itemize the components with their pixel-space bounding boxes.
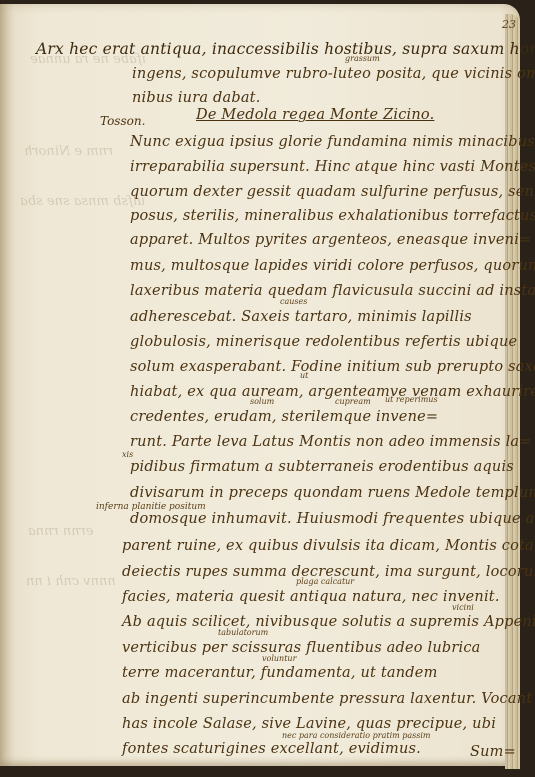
manuscript-line-17: pidibus firmatum a subterraneis erodenti… [130, 459, 514, 475]
manuscript-line-1: Arx hec erat antiqua, inaccessibilis hos… [36, 40, 535, 58]
manuscript-line-23: Ab aquis scilicet, nivibusque solutis a … [122, 614, 535, 630]
section-heading: De Medola regea Monte Zicino. [196, 107, 434, 123]
manuscript-line-13: solum exasperabant. Fodine initium sub p… [130, 359, 535, 375]
manuscript-line-22: facies, materia quesit antiqua natura, n… [122, 589, 500, 605]
line-text: has incole Salase, sive Lavine, quas pre… [122, 716, 496, 732]
interlinear-insertion: voluntur [262, 654, 296, 663]
page-number: 23 [502, 18, 516, 31]
line-text: Arx hec erat antiqua, inaccessibilis hos… [36, 40, 535, 58]
manuscript-line-18: divisarum in preceps quondam ruens Medol… [130, 485, 535, 501]
line-text: divisarum in preceps quondam ruens Medol… [130, 485, 535, 501]
bleed-through: nnnv cnh i nn [26, 574, 116, 589]
line-text: posus, sterilis, mineralibus exhalationi… [130, 208, 535, 224]
line-text: globulosis, minerisque redolentibus refe… [130, 334, 517, 350]
manuscript-line-20: parent ruine, ex quibus divulsis ita dic… [122, 538, 534, 554]
manuscript-line-26: ab ingenti superincumbente pressura laxe… [122, 691, 532, 707]
line-text: fontes scaturigines excellant, evidimus. [122, 741, 421, 757]
interlinear-insertion: ut [300, 371, 308, 380]
manuscript-line-3: nibus iura dabat. [132, 90, 261, 106]
interlinear-insertion: vicini [452, 603, 474, 612]
line-text: verticibus per scissuras fluentibus adeo… [122, 640, 481, 656]
interlinear-insertion: xis [122, 450, 133, 459]
manuscript-line-12: globulosis, minerisque redolentibus refe… [130, 334, 517, 350]
interlinear-insertion: tabulatorum [218, 628, 268, 637]
line-text: ab ingenti superincumbente pressura laxe… [122, 691, 532, 707]
manuscript-line-28: fontes scaturigines excellant, evidimus. [122, 741, 421, 757]
line-text: mus, multosque lapides viridi colore per… [130, 258, 535, 274]
line-text: domosque inhumavit. Huiusmodi frequentes… [130, 511, 535, 527]
line-text: pidibus firmatum a subterraneis erodenti… [130, 459, 514, 475]
line-text: quorum dexter gessit quadam sulfurine pe… [130, 184, 535, 200]
manuscript-line-27: has incole Salase, sive Lavine, quas pre… [122, 716, 496, 732]
bleed-through: ernn rnna [28, 524, 94, 539]
margin-note: Tosson. [100, 114, 145, 128]
interlinear-insertion: plaga calcatur [296, 577, 354, 586]
bleed-through: ulfsb mnsa sne sba [20, 194, 145, 209]
manuscript-page: ifabe ne ra unnae rnm e Ninorh ulfsb mns… [0, 4, 520, 766]
interlinear-insertion: ut reperimus [385, 395, 438, 404]
line-text: apparet. Multos pyrites argenteos, eneas… [130, 232, 531, 248]
interlinear-insertion: grassum [345, 54, 380, 63]
line-text: terre macerantur, fundamenta, ut tandem [122, 665, 438, 681]
manuscript-line-25: terre macerantur, fundamenta, ut tandem [122, 665, 438, 681]
line-text: adherescebat. Saxeis tartaro, minimis la… [130, 309, 472, 325]
line-text: parent ruine, ex quibus divulsis ita dic… [122, 538, 534, 554]
manuscript-line-24: verticibus per scissuras fluentibus adeo… [122, 640, 481, 656]
manuscript-line-14: hiabat, ex qua auream, argenteamve venam… [130, 384, 535, 400]
line-text: Ab aquis scilicet, nivibusque solutis a … [122, 614, 535, 630]
interlinear-insertion: solum [250, 397, 274, 406]
manuscript-line-6: quorum dexter gessit quadam sulfurine pe… [130, 184, 535, 200]
line-text: solum exasperabant. Fodine initium sub p… [130, 359, 535, 375]
manuscript-line-11: adherescebat. Saxeis tartaro, minimis la… [130, 309, 472, 325]
bleed-through: rnm e Ninorh [24, 144, 113, 159]
catchword: Sum= [470, 744, 516, 760]
line-text: laxeribus materia quedam flavicusula suc… [130, 283, 535, 299]
line-text: Nunc exigua ipsius glorie fundamina nimi… [130, 134, 535, 150]
manuscript-line-10: laxeribus materia quedam flavicusula suc… [130, 283, 535, 299]
manuscript-line-5: irreparabilia supersunt. Hinc atque hinc… [130, 159, 535, 175]
line-text: facies, materia quesit antiqua natura, n… [122, 589, 500, 605]
manuscript-line-9: mus, multosque lapides viridi colore per… [130, 258, 535, 274]
line-text: irreparabilia supersunt. Hinc atque hinc… [130, 159, 535, 175]
manuscript-line-19: domosque inhumavit. Huiusmodi frequentes… [130, 511, 535, 527]
line-text: nibus iura dabat. [132, 90, 261, 106]
manuscript-line-2: ingens, scopulumve rubro-luteo posita, q… [132, 66, 535, 82]
interlinear-insertion: cupream [335, 397, 371, 406]
manuscript-line-4: Nunc exigua ipsius glorie fundamina nimi… [130, 134, 535, 150]
manuscript-line-16: runt. Parte leva Latus Montis non adeo i… [130, 434, 532, 450]
line-text: ingens, scopulumve rubro-luteo posita, q… [132, 66, 535, 82]
interlinear-insertion: causes [280, 297, 307, 306]
interlinear-insertion: nec para consideratio pratim passim [282, 731, 431, 740]
line-text: credentes, erudam, sterilemque invene= [130, 409, 438, 425]
manuscript-line-15: credentes, erudam, sterilemque invene= [130, 409, 438, 425]
line-text: hiabat, ex qua auream, argenteamve venam… [130, 384, 535, 400]
manuscript-line-7: posus, sterilis, mineralibus exhalationi… [130, 208, 535, 224]
line-text: runt. Parte leva Latus Montis non adeo i… [130, 434, 532, 450]
manuscript-line-8: apparet. Multos pyrites argenteos, eneas… [130, 232, 531, 248]
